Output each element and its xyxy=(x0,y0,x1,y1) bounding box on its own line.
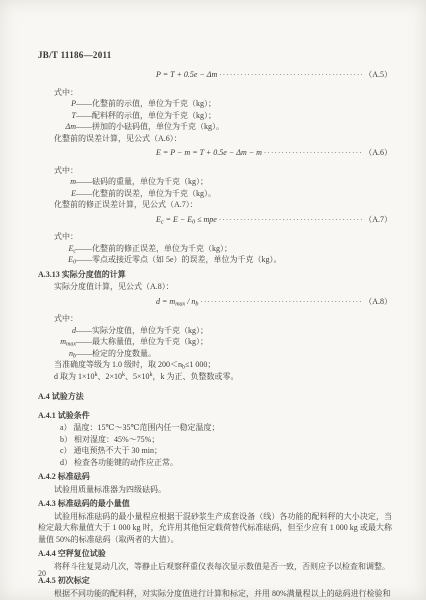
page-number: 20 xyxy=(38,569,46,578)
symbol-term: d xyxy=(38,325,76,337)
symbol-definition-line: d——实际分度值，单位为千克（kg）； xyxy=(38,325,392,337)
paragraph: 试验用质量标准器为四级砝码。 xyxy=(38,484,392,496)
symbol-description: ——最大称量值，单位为千克（kg）； xyxy=(76,336,392,348)
symbol-definition-line: T——配料秤的示值，单位为千克（kg）； xyxy=(38,110,392,122)
formula-leader-dots: ········································… xyxy=(264,148,362,160)
list-item: d） 检查各功能键的动作应正常。 xyxy=(38,457,392,469)
formula-leader-dots: ········································… xyxy=(219,215,362,227)
symbol-term: Δm xyxy=(38,121,76,133)
symbol-term: mmax xyxy=(38,336,76,348)
formula-leader-dots: ········································… xyxy=(200,297,362,309)
symbol-description: ——零点或接近零点（如 5e）的误差，单位为千克（kg）。 xyxy=(76,254,392,266)
list-item: c） 通电预热不大于 30 min； xyxy=(38,445,392,457)
symbol-description: ——拼加的小砝码值，单位为千克（kg）。 xyxy=(76,121,392,133)
symbol-term: m xyxy=(38,176,76,188)
formula-expression: E = P − m = T + 0.5e − Δm − m xyxy=(156,147,262,159)
subsection-heading: A.4.1 试验条件 xyxy=(38,410,392,422)
symbol-description: ——实际分度值，单位为千克（kg）； xyxy=(76,325,392,337)
paragraph: 试验用标准砝码的最小量程应根据干混砂浆生产成套设备（线）各功能的配料秤的大小决定… xyxy=(38,511,392,546)
document-body: P = T + 0.5e − Δm·······················… xyxy=(38,69,392,599)
formula-expression: Ec = E − E0 ≤ mpe xyxy=(156,214,217,226)
lead-in-text: 实际分度值计算，见公式（A.8）： xyxy=(38,281,392,293)
symbol-definition-line: nb——检定的分度数量。 xyxy=(38,348,392,360)
formula-line: d = mmax / nb···························… xyxy=(38,296,392,309)
subsection-heading: A.4.2 标准砝码 xyxy=(38,471,392,483)
where-label: 式中： xyxy=(38,313,392,325)
formula-expression: P = T + 0.5e − Δm xyxy=(156,69,217,81)
symbol-definition-line: Δm——拼加的小砝码值，单位为千克（kg）。 xyxy=(38,121,392,133)
body-line: 当准确度等级为 1.0 级时，取 200＜nb≤1 000； xyxy=(38,359,392,371)
formula-label: （A.8） xyxy=(364,296,392,308)
lead-in-text: 化整前的误差计算，见公式（A.6）： xyxy=(38,133,392,145)
symbol-term: P xyxy=(38,98,76,110)
formula-leader-dots: ········································… xyxy=(219,70,362,82)
symbol-definition-line: mmax——最大称量值，单位为千克（kg）； xyxy=(38,336,392,348)
paragraph: 将秤斗往复晃动几次，等静止后观察秤重仪表每次显示数值是否一致，否则应予以检查和调… xyxy=(38,561,392,573)
list-item: a） 温度：15℃～35℃范围内任一稳定温度； xyxy=(38,422,392,434)
formula-line: E = P − m = T + 0.5e − Δm − m···········… xyxy=(38,147,392,160)
symbol-definition-line: E0——零点或接近零点（如 5e）的误差，单位为千克（kg）。 xyxy=(38,254,392,266)
body-line: d 取为 1×10k、2×10k、5×10k，k 为正、负整数或零。 xyxy=(38,371,392,383)
symbol-description: ——砝码的重量，单位为千克（kg）； xyxy=(76,176,392,188)
document-page: JB/T 11186—2011 P = T + 0.5e − Δm·······… xyxy=(0,0,426,600)
subsection-heading: A.4.5 初次标定 xyxy=(38,575,392,587)
formula-line: Ec = E − E0 ≤ mpe·······················… xyxy=(38,214,392,227)
symbol-definition-line: Ec——化整前的修正误差，单位为千克（kg）； xyxy=(38,243,392,255)
lead-in-text: 化整前的修正误差计算，见公式（A.7）： xyxy=(38,199,392,211)
formula-label: （A.6） xyxy=(364,147,392,159)
formula-label: （A.5） xyxy=(364,69,392,81)
symbol-definition-line: P——化整前的示值，单位为千克（kg）； xyxy=(38,98,392,110)
formula-expression: d = mmax / nb xyxy=(156,296,198,308)
subsection-heading: A.4.4 空秤复位试验 xyxy=(38,548,392,560)
formula-line: P = T + 0.5e − Δm·······················… xyxy=(38,69,392,82)
subsection-heading: A.3.13 实际分度值的计算 xyxy=(38,269,392,281)
symbol-description: ——配料秤的示值，单位为千克（kg）； xyxy=(76,110,392,122)
symbol-term: T xyxy=(38,110,76,122)
where-label: 式中： xyxy=(38,231,392,243)
symbol-term: E xyxy=(38,188,76,200)
symbol-definition-line: m——砝码的重量，单位为千克（kg）； xyxy=(38,176,392,188)
list-item: b） 相对湿度：45%～75%； xyxy=(38,434,392,446)
symbol-description: ——检定的分度数量。 xyxy=(76,348,392,360)
where-label: 式中： xyxy=(38,165,392,177)
where-label: 式中： xyxy=(38,87,392,99)
subsection-heading: A.4.3 标准砝码的最小量值 xyxy=(38,498,392,510)
standard-number-header: JB/T 11186—2011 xyxy=(38,50,392,60)
symbol-description: ——化整前的误差，单位为千克（kg）。 xyxy=(76,188,392,200)
symbol-definition-line: E——化整前的误差，单位为千克（kg）。 xyxy=(38,188,392,200)
symbol-term: Ec xyxy=(38,243,76,255)
symbol-description: ——化整前的修正误差，单位为千克（kg）； xyxy=(76,243,392,255)
symbol-term: E0 xyxy=(38,254,76,266)
formula-label: （A.7） xyxy=(364,214,392,226)
symbol-description: ——化整前的示值，单位为千克（kg）； xyxy=(76,98,392,110)
paragraph: 根据不同功能的配料秤，对实际分度值进行计算和标定，并用 80%满量程以上的砝码进… xyxy=(38,588,392,600)
section-heading: A.4 试验方法 xyxy=(38,391,392,403)
symbol-term: nb xyxy=(38,348,76,360)
